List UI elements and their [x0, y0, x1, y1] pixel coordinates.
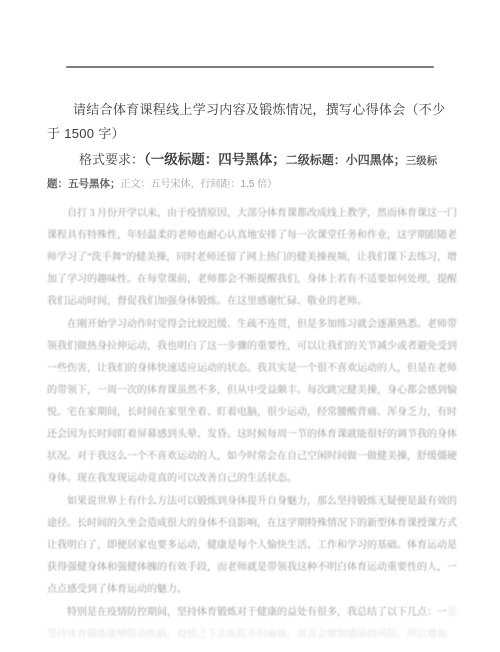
format-heading2-spec: 二级标题：小四黑体； — [286, 153, 406, 167]
paragraph-text: 特别是在疫情防控期间，坚持体育锻炼对于健康的益处有很多，我总结了以下几点：一 — [67, 607, 447, 618]
body-paragraph: 如果说世界上有什么方法可以锻炼到身体提升自身魅力，那么坚持锻炼无疑便是最有效的途… — [47, 491, 457, 601]
body-paragraph: 特别是在疫情防控期间，坚持体育锻炼对于健康的益处有很多，我总结了以下几点：一是坚… — [47, 602, 457, 646]
format-label: 格式要求： — [79, 152, 144, 167]
format-heading1-spec: （一级标题：四号黑体； — [144, 152, 286, 167]
essay-body: 自打 3 月份开学以来，由于疫情原因，大部分体育课都改成线上教学，然而体育课这一… — [47, 203, 457, 646]
assignment-title: 请结合体育课程线上学习内容及锻炼情况，撰写心得体会（不少于 1500 字） — [47, 98, 457, 146]
body-paragraph: 在刚开始学习动作时觉得会比较迟缓、生疏不连贯，但是多加练习就会逐渐熟悉。老师带领… — [47, 314, 457, 490]
document-content: 请结合体育课程线上学习内容及锻炼情况，撰写心得体会（不少于 1500 字） 格式… — [47, 98, 457, 646]
document-page: 请结合体育课程线上学习内容及锻炼情况，撰写心得体会（不少于 1500 字） 格式… — [0, 0, 500, 652]
format-requirements: 格式要求：（一级标题：四号黑体；二级标题：小四黑体；三级标题：五号黑体；正文：五… — [47, 149, 457, 195]
format-bodytext-spec: 正文：五号宋体，行间距：1.5 倍） — [121, 179, 278, 190]
body-paragraph: 自打 3 月份开学以来，由于疫情原因，大部分体育课都改成线上教学，然而体育课这一… — [47, 203, 457, 313]
header-rule — [66, 66, 434, 68]
